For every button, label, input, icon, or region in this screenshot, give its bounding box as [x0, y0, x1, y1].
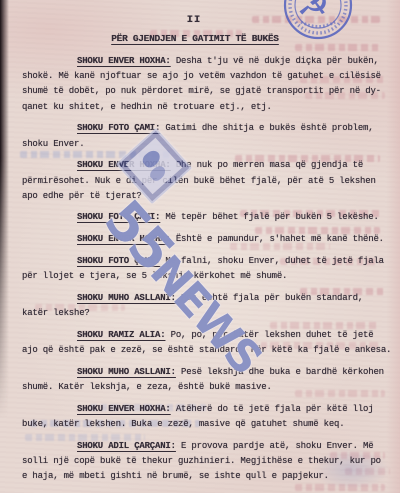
paragraph-line: përmirësohet. Nuk e di për cilën bukë bë… [22, 174, 394, 189]
paragraph-line: SHOKU ENVER HOXHA: Desha t'ju vë në dukj… [22, 54, 394, 69]
dialogue-paragraph: SHOKU MUHO ASLLANI: Pesë lekshja dhe buk… [22, 365, 394, 395]
paragraph-line: qanet ku shitet, e hedhin në trotuare et… [22, 100, 394, 115]
paragraph-line: SHOKU ADIL ÇARÇANI: E provova pardje atë… [22, 439, 394, 454]
paragraph-text: Gatimi dhe shitja e bukës është problem, [160, 123, 373, 133]
document-page: II II PËR GJENDJEN E GATIMIT TË BUKËS SH… [0, 0, 400, 493]
paragraph-line: solli një copë bukë të thekur guzhinieri… [22, 454, 394, 469]
page-binding-edge [0, 0, 9, 493]
paragraph-text: Atëherë do të jetë fjala për këtë lloj [171, 404, 374, 414]
paragraph-line: apo edhe për të tjerat? [22, 189, 394, 204]
dialogue-paragraph: SHOKU FOTO ÇAMI: Gatimi dhe shitja e buk… [22, 121, 394, 151]
dialogue-paragraph: SHOKU ENVER HOXHA: Është e pamundur, s'h… [22, 232, 394, 247]
paragraph-text: E provova pardje atë, shoku Enver. Më [176, 441, 374, 451]
paragraph-line: SHOKU FOTO ÇAMI: Gatimi dhe shitja e buk… [22, 121, 394, 136]
dialogue-paragraph: SHOKU ADIL ÇARÇANI: E provova pardje atë… [22, 439, 394, 485]
paragraph-text: Më tepër bëhet fjalë për bukën 5 lekëshe… [160, 212, 378, 222]
paragraph-line: buke, katër lekshen. Buka e zezë, masive… [22, 417, 394, 432]
dialogue-paragraph: SHOKU ENVER HOXHA: Dhe nuk po merren mas… [22, 158, 394, 204]
paragraph-line: e haja, më mbeti gishti në brumë, se ish… [22, 469, 394, 484]
speaker-name: SHOKU ENVER HOXHA: [77, 56, 171, 66]
dialogue-paragraph: SHOKU FOTO ÇAMI: Më tepër bëhet fjalë pë… [22, 210, 394, 225]
paragraph-text: Është e pamundur, s'hahet më kanë thënë. [171, 234, 384, 244]
speaker-name: SHOKU ADIL ÇARÇANI: [77, 441, 176, 451]
dialogue-paragraph: SHOKU ENVER HOXHA: Desha t'ju vë në dukj… [22, 54, 394, 115]
paragraph-line: shoku Enver. [22, 137, 394, 152]
paragraph-line: SHOKU ENVER HOXHA: Atëherë do të jetë fj… [22, 402, 394, 417]
paragraph-text: Desha t'ju vë në dukje diçka për bukën, [171, 56, 379, 66]
paragraph-text: Dhe nuk po merren masa që gjendja të [171, 160, 363, 170]
paragraph-line: shokë. Më kanë njoftuar se ajo jo vetëm … [22, 69, 394, 84]
speaker-name: SHOKU ENVER HOXHA: [77, 404, 171, 414]
paragraph-line: SHOKU FOTO ÇAMI: Më tepër bëhet fjalë pë… [22, 210, 394, 225]
paragraph-line: shumë. Katër lekshja, e zeza, është bukë… [22, 380, 394, 395]
speaker-name: SHOKU MUHO ASLLANI: [77, 367, 176, 377]
paragraph-line: shumë të dobët, po nuk përdoret mirë, se… [22, 84, 394, 99]
paragraph-line: SHOKU ENVER HOXHA: Dhe nuk po merren mas… [22, 158, 394, 173]
dialogue-paragraph: SHOKU ENVER HOXHA: Atëherë do të jetë fj… [22, 402, 394, 432]
paragraph-text: Pesë lekshja dhe buka e bardhë kërkohen [176, 367, 384, 377]
official-stamp: ☭ [273, 0, 363, 52]
speaker-name: SHOKU RAMIZ ALIA: [77, 330, 165, 340]
paragraph-line: SHOKU MUHO ASLLANI: Pesë lekshja dhe buk… [22, 365, 394, 380]
paragraph-line: SHOKU ENVER HOXHA: Është e pamundur, s'h… [22, 232, 394, 247]
speaker-name: SHOKU FOTO ÇAMI: [77, 123, 160, 133]
